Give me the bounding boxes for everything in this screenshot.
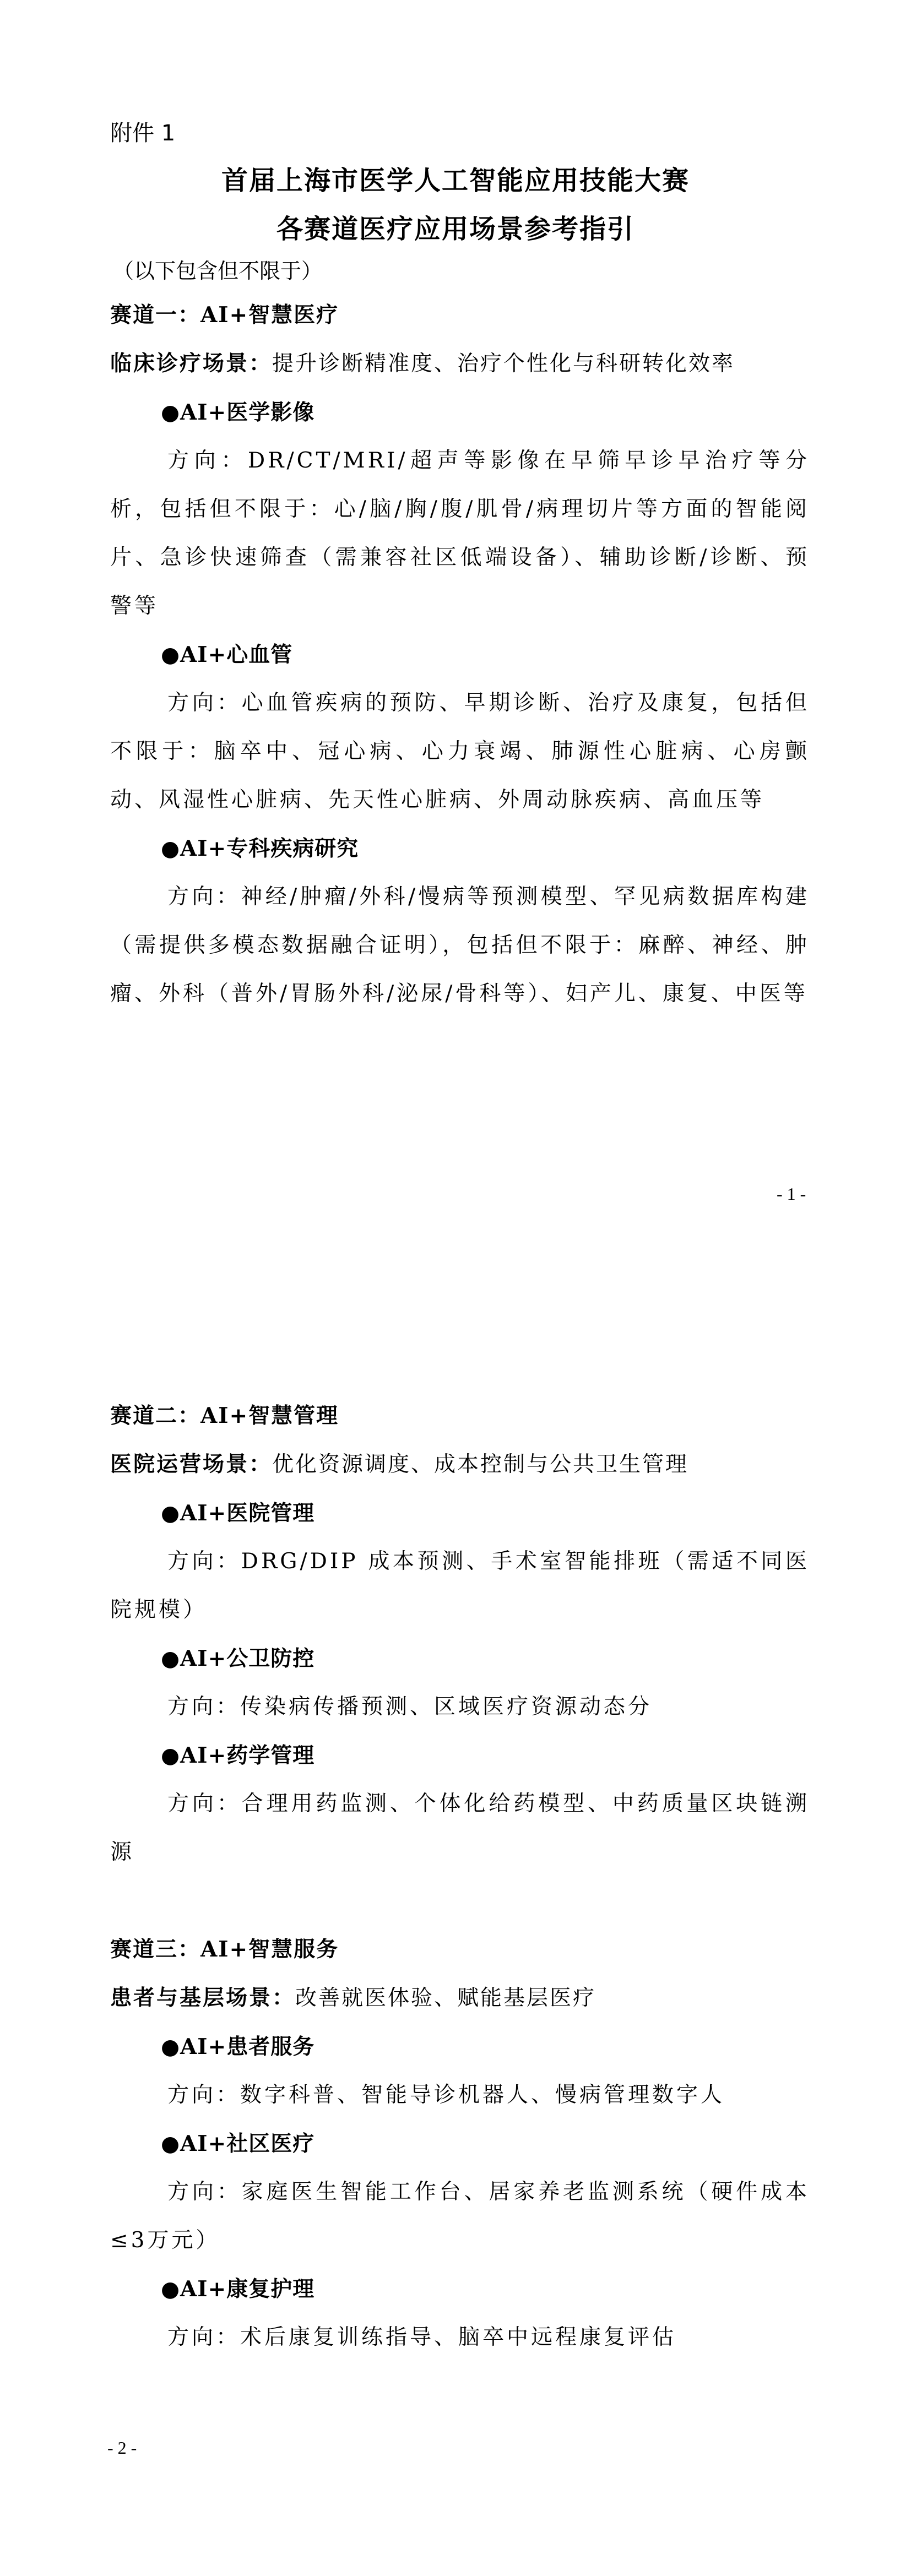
item-heading: ●AI+医学影像 [110,388,810,437]
scene-label: 临床诊疗场景： [110,351,272,376]
item-heading: ●AI+康复护理 [110,2265,810,2313]
item-heading: ●AI+专科疾病研究 [110,824,810,873]
scene-line: 患者与基层场景：改善就医体验、赋能基层医疗 [110,1974,810,2023]
item-direction: 方向：DRG/DIP 成本预测、手术室智能排班（需适不同医院规模） [110,1537,810,1634]
page-1: 附件 1 首届上海市医学人工智能应用技能大赛 各赛道医疗应用场景参考指引 （以下… [0,0,911,1288]
page-number: - 1 - [777,1184,806,1204]
scene-line: 医院运营场景：优化资源调度、成本控制与公共卫生管理 [110,1440,810,1489]
item-direction: 方向：术后康复训练指导、脑卒中远程康复评估 [110,2313,810,2362]
item-heading: ●AI+社区医疗 [110,2120,810,2168]
page-number: - 2 - [107,2438,137,2458]
track-heading: 赛道一：AI+智慧医疗 [110,291,810,339]
item-heading: ●AI+患者服务 [110,2023,810,2071]
attachment-label: 附件 1 [110,120,175,146]
item-direction: 方向：家庭医生智能工作台、居家养老监测系统（硬件成本≤3万元） [110,2168,810,2265]
item-direction: 方向：神经/肿瘤/外科/慢病等预测模型、罕见病数据库构建（需提供多模态数据融合证… [110,873,810,1018]
item-direction: 方向：心血管疾病的预防、早期诊断、治疗及康复，包括但不限于：脑卒中、冠心病、心力… [110,679,810,824]
track-1-section: 赛道一：AI+智慧医疗 临床诊疗场景：提升诊断精准度、治疗个性化与科研转化效率 … [110,291,810,1018]
item-direction: 方向：合理用药监测、个体化给药模型、中药质量区块链溯源 [110,1780,810,1877]
scope-note: （以下包含但不限于） [113,258,322,284]
item-direction: 方向：传染病传播预测、区域医疗资源动态分 [110,1683,810,1731]
scene-text: 优化资源调度、成本控制与公共卫生管理 [272,1452,688,1477]
item-heading: ●AI+心血管 [110,631,810,679]
scene-text: 提升诊断精准度、治疗个性化与科研转化效率 [272,351,735,376]
scene-label: 患者与基层场景： [110,1985,295,2010]
track-2-section: 赛道二：AI+智慧管理 医院运营场景：优化资源调度、成本控制与公共卫生管理 ●A… [110,1392,810,2362]
item-direction: 方向：数字科普、智能导诊机器人、慢病管理数字人 [110,2071,810,2120]
item-heading: ●AI+公卫防控 [110,1634,810,1683]
document-title-line-2: 各赛道医疗应用场景参考指引 [0,214,911,244]
item-direction: 方向：DR/CT/MRI/超声等影像在早筛早诊早治疗等分析，包括但不限于：心/脑… [110,437,810,631]
scene-label: 医院运营场景： [110,1452,272,1477]
track-heading: 赛道二：AI+智慧管理 [110,1392,810,1440]
scene-line: 临床诊疗场景：提升诊断精准度、治疗个性化与科研转化效率 [110,339,810,388]
scene-text: 改善就医体验、赋能基层医疗 [295,1986,596,2010]
document-title-line-1: 首届上海市医学人工智能应用技能大赛 [0,165,911,196]
track-heading: 赛道三：AI+智慧服务 [110,1925,810,1974]
page-2: 赛道二：AI+智慧管理 医院运营场景：优化资源调度、成本控制与公共卫生管理 ●A… [0,1288,911,2576]
item-heading: ●AI+医院管理 [110,1489,810,1537]
item-heading: ●AI+药学管理 [110,1731,810,1780]
section-spacer [110,1877,810,1925]
